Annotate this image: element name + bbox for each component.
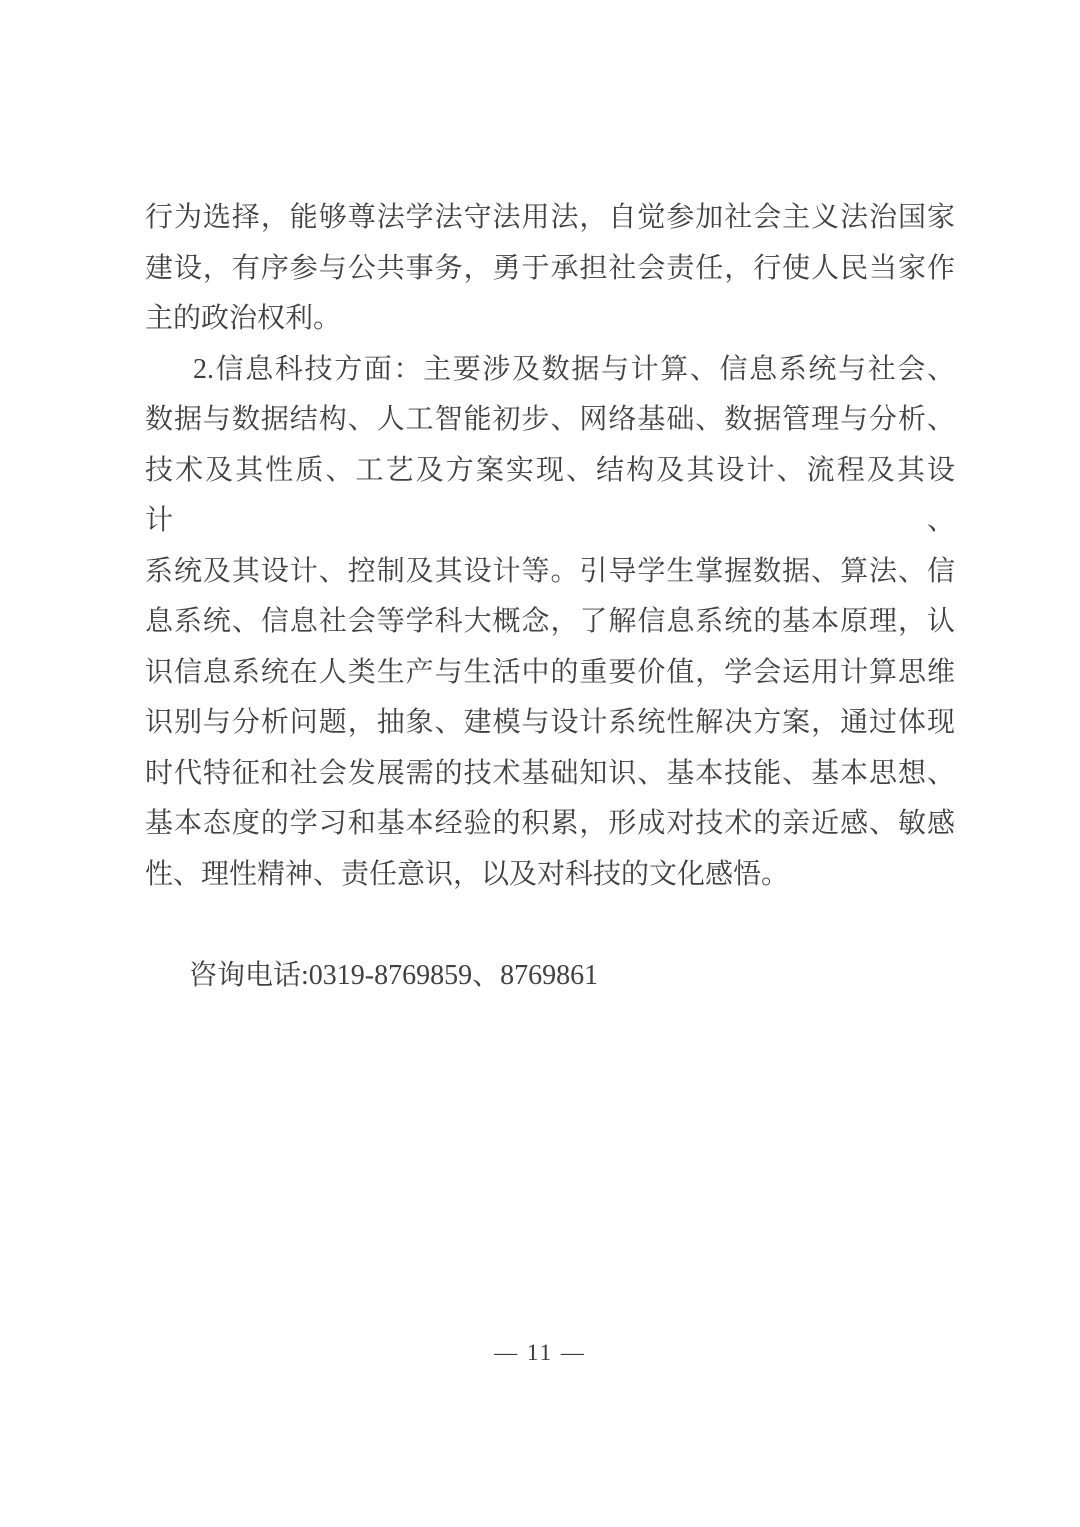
text-line: 基本态度的学习和基本经验的积累，形成对技术的亲近感、敏感 <box>145 799 955 850</box>
text-line: 主的政治权利。 <box>145 294 955 345</box>
text-line: 系统及其设计、控制及其设计等。引导学生掌握数据、算法、信 <box>145 547 955 598</box>
document-page: 行为选择，能够尊法学法守法用法，自觉参加社会主义法治国家 建设，有序参与公共事务… <box>0 0 1080 1527</box>
text-line: 识信息系统在人类生产与生活中的重要价值，学会运用计算思维 <box>145 648 955 699</box>
body-text: 行为选择，能够尊法学法守法用法，自觉参加社会主义法治国家 建设，有序参与公共事务… <box>145 193 955 1001</box>
text-line: 技术及其性质、工艺及方案实现、结构及其设计、流程及其设计、 <box>145 446 955 547</box>
text-line: 性、理性精神、责任意识，以及对科技的文化感悟。 <box>145 850 955 901</box>
text-line: 行为选择，能够尊法学法守法用法，自觉参加社会主义法治国家 <box>145 193 955 244</box>
contact-phone-line: 咨询电话:0319-8769859、8769861 <box>145 951 955 1002</box>
page-number: — 11 — <box>0 1340 1080 1366</box>
text-line: 2.信息科技方面：主要涉及数据与计算、信息系统与社会、 <box>145 345 955 396</box>
text-line: 息系统、信息社会等学科大概念，了解信息系统的基本原理，认 <box>145 597 955 648</box>
text-line: 建设，有序参与公共事务，勇于承担社会责任，行使人民当家作 <box>145 244 955 295</box>
text-line: 识别与分析问题，抽象、建模与设计系统性解决方案，通过体现 <box>145 698 955 749</box>
text-line: 数据与数据结构、人工智能初步、网络基础、数据管理与分析、 <box>145 395 955 446</box>
text-line: 时代特征和社会发展需的技术基础知识、基本技能、基本思想、 <box>145 749 955 800</box>
